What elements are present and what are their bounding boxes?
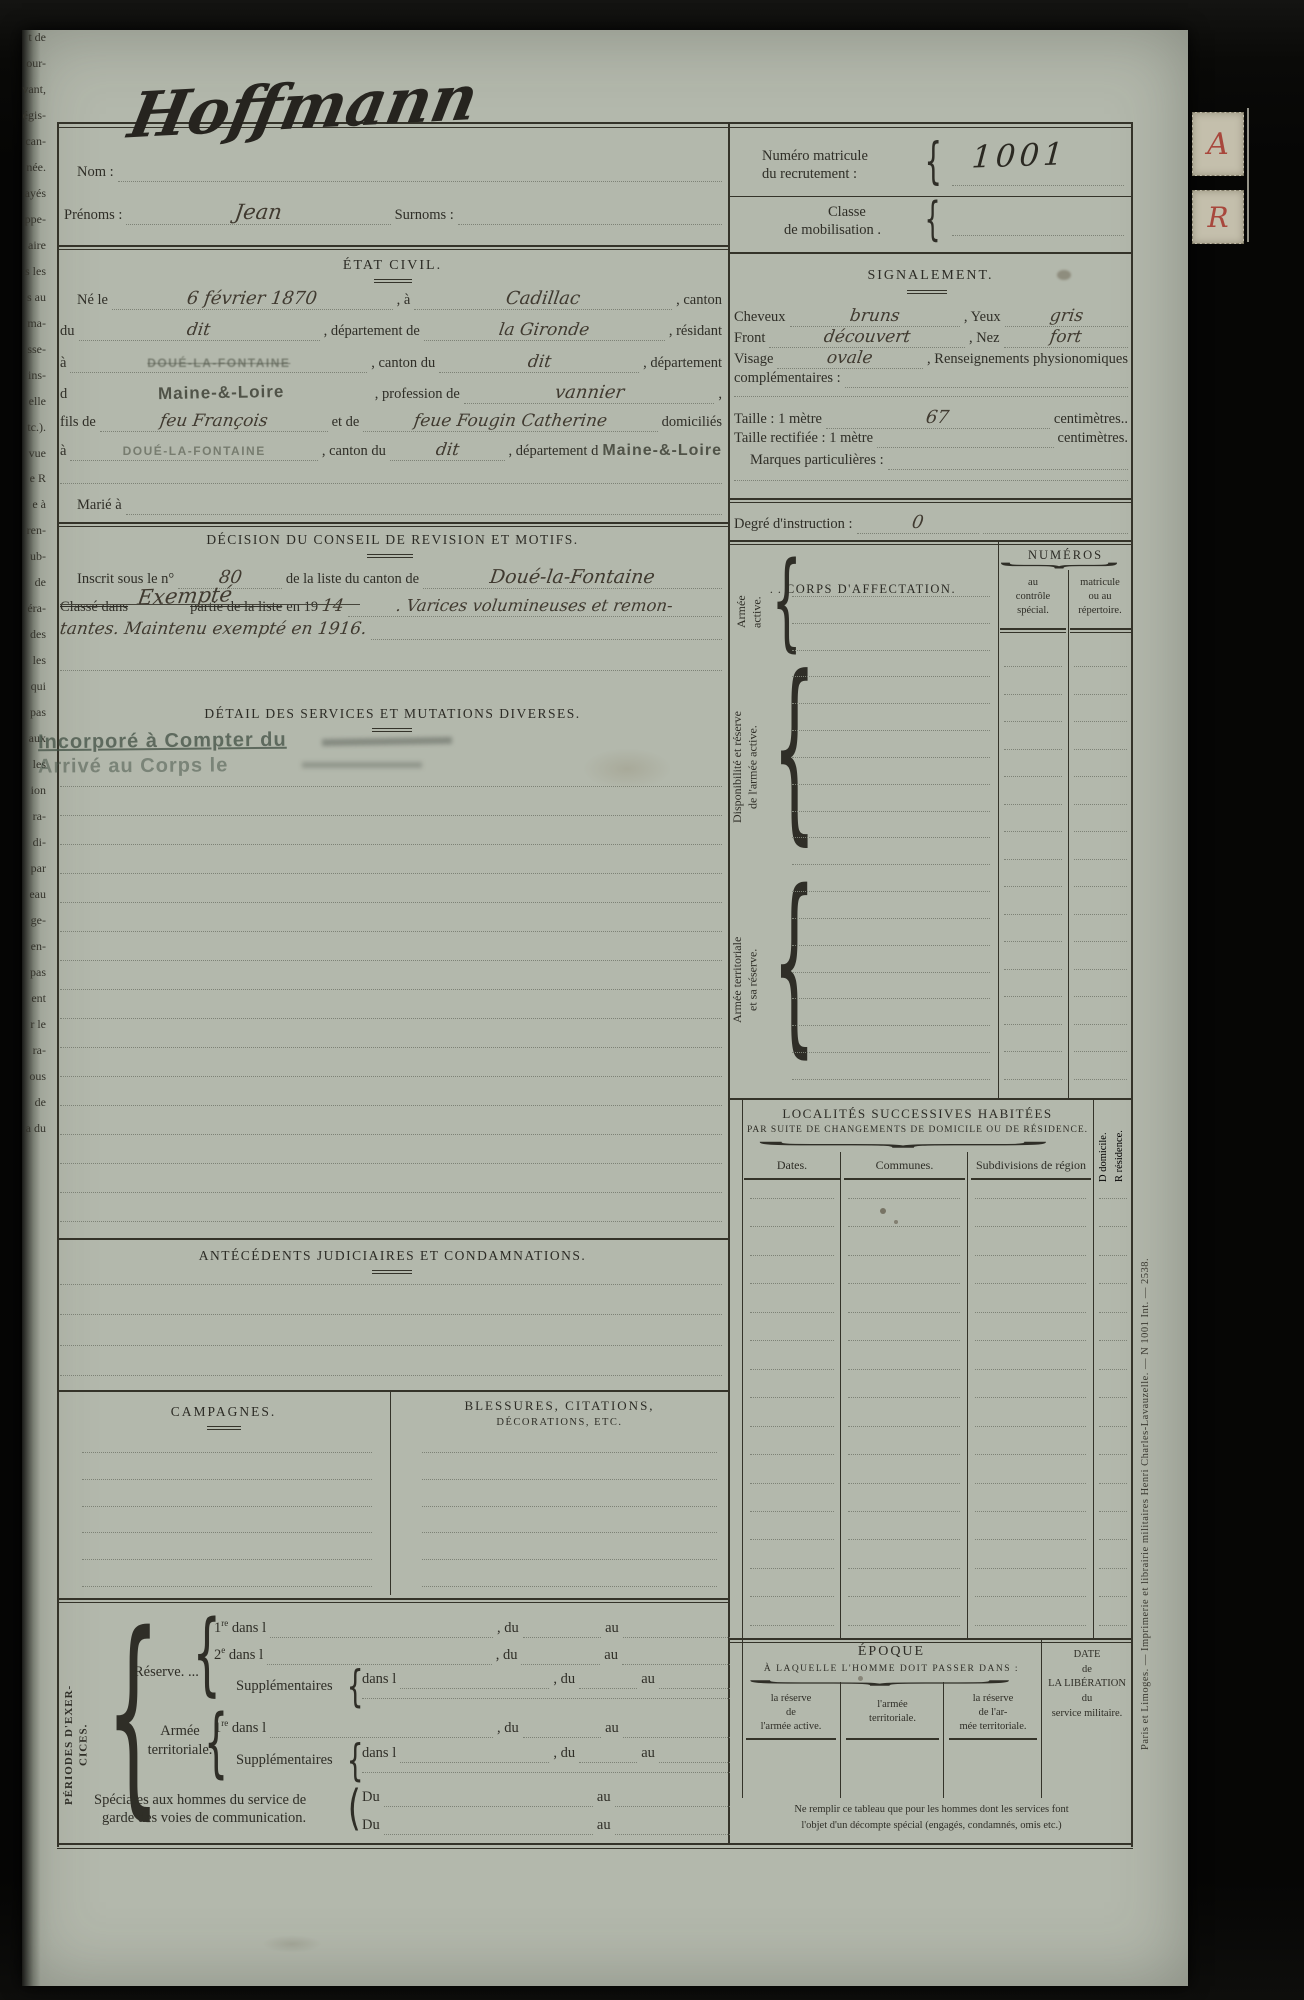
- nez-label: , Nez: [969, 330, 1000, 347]
- ruled-line: [1004, 941, 1062, 942]
- matricule-value: 1001: [971, 136, 1069, 175]
- ruled-line: [82, 1559, 372, 1560]
- marie-label: Marié à: [77, 497, 122, 514]
- taille-line: 67: [826, 407, 1050, 429]
- au-label: au: [605, 1620, 619, 1637]
- form-border-left: [57, 122, 59, 1847]
- ruled-line: [1004, 1051, 1062, 1052]
- etat-civil-title-dash: [374, 279, 412, 283]
- ruled-line: [60, 931, 722, 932]
- ruled-line: [792, 1079, 990, 1080]
- line: [400, 1670, 549, 1689]
- edge-fragment: ge-: [22, 913, 46, 928]
- ruled-line: [848, 1426, 960, 1427]
- prenoms-label: Prénoms :: [64, 207, 122, 224]
- garde-row-1: Du au: [362, 1788, 730, 1807]
- domicile-line: DOUÉ-LA-FONTAINE: [70, 442, 317, 461]
- ruled-line: [1099, 1312, 1127, 1313]
- matricule-label: Numéro matricule du recrutement :: [762, 147, 868, 183]
- ruled-line: [422, 1532, 717, 1533]
- ruled-line: [750, 1511, 834, 1512]
- speciales-label-2: garde des voies de communication.: [102, 1810, 306, 1827]
- ruled-line: [1074, 721, 1127, 722]
- ruled-line: [82, 1532, 372, 1533]
- communes-ruled-lines: [848, 1198, 960, 1626]
- campagnes-header: CAMPAGNES.: [57, 1404, 390, 1420]
- degre-rule-top-inner: [728, 502, 1133, 503]
- du-label: , du: [553, 1745, 575, 1762]
- matricule-ruled-lines: [1074, 666, 1127, 1080]
- groupe3-brace: {: [766, 880, 786, 1078]
- edge-fragment: les: [22, 653, 46, 668]
- ruled-line: [975, 1397, 1086, 1398]
- ruled-line: [792, 676, 990, 677]
- front-line: découvert: [769, 327, 965, 348]
- cm-label-2: centimètres.: [1058, 430, 1128, 447]
- motif-line-1: . Varices volumineuses et remon-: [348, 596, 722, 617]
- edge-fragment: de: [22, 1095, 46, 1110]
- du-label: , du: [497, 1720, 519, 1737]
- header-rule-left: [57, 245, 728, 247]
- edge-fragment: aire: [22, 238, 46, 253]
- line: [623, 1719, 730, 1738]
- edge-fragment: ous: [22, 1069, 46, 1084]
- stamp-smudge-2: [302, 762, 422, 768]
- ruled-line: [60, 786, 722, 787]
- ruled-line: [1074, 886, 1127, 887]
- ruled-line: [792, 623, 990, 624]
- corps-header: CORPS D'AFFECTATION.: [786, 582, 956, 596]
- du-label: , du: [497, 1620, 519, 1637]
- nom-label: Nom :: [77, 164, 114, 181]
- ruled-line: [750, 1397, 834, 1398]
- ruled-line: [1099, 1483, 1127, 1484]
- canton6-line: dit: [390, 440, 505, 461]
- printer-imprint: Paris et Limoges. — Imprimerie et librai…: [1140, 970, 1151, 1750]
- header-rule-left-inner: [57, 249, 728, 250]
- ruled-line: [792, 1052, 990, 1053]
- ruled-line: [750, 1596, 834, 1597]
- etat-blank-line: [60, 483, 722, 484]
- campagnes-header-dash: [207, 1426, 241, 1430]
- ruled-line: [1099, 1596, 1127, 1597]
- ruled-line: [82, 1506, 372, 1507]
- ruled-line: [792, 918, 990, 919]
- liste-label: de la liste du canton de: [286, 571, 419, 588]
- canton-label-3: , canton du: [371, 355, 435, 372]
- ruled-line: [848, 1483, 960, 1484]
- form-border-bottom: [57, 1843, 1133, 1845]
- matricule-col-header: matricule ou au répertoire.: [1070, 576, 1130, 619]
- ruled-line: [848, 1198, 960, 1199]
- du-cap-label: Du: [362, 1817, 380, 1834]
- ruled-line: [1004, 666, 1062, 667]
- territoriale-row-1: 1re dans l , du au: [214, 1718, 730, 1738]
- cm-label-1: centimètres..: [1054, 411, 1128, 428]
- antecedents-rule: [57, 1238, 728, 1240]
- marie-line: [126, 496, 722, 515]
- ruled-line: [792, 784, 990, 785]
- etat-row-2: du dit , département de la Gironde , rés…: [60, 320, 722, 341]
- ruled-line: [750, 1369, 834, 1370]
- epoque-note-line-2: l'objet d'un décompte spécial (engagés, …: [732, 1820, 1131, 1831]
- ruled-line: [422, 1452, 717, 1453]
- speciales-label-1: Spéciales aux hommes du service de: [94, 1792, 306, 1809]
- exempte-overwrite: Exempté: [136, 582, 234, 609]
- etat-row-4: d Maine-&-Loire , profession de vannier …: [60, 382, 722, 404]
- decision-title-dash: [367, 554, 413, 558]
- cheveux-label: Cheveux: [734, 309, 786, 326]
- localites-vline-1: [840, 1152, 841, 1638]
- degre-row: Degré d'instruction : 0: [734, 512, 1128, 534]
- blessures-header-1: BLESSURES, CITATIONS,: [391, 1398, 728, 1414]
- territoriale-1re-label: 1re dans l: [214, 1718, 266, 1737]
- residant-label: , résidant: [669, 323, 722, 340]
- taille-rect-row: Taille rectifiée : 1 mètre centimètres.: [734, 429, 1128, 448]
- edge-fragment: pas: [22, 965, 46, 980]
- blessures-header-2: DÉCORATIONS, ETC.: [391, 1417, 728, 1428]
- ruled-line: [1004, 831, 1062, 832]
- marques-line: [888, 451, 1128, 470]
- ruled-line: [848, 1539, 960, 1540]
- visage-label: Visage: [734, 351, 773, 368]
- ruled-line: [848, 1511, 960, 1512]
- edge-fragment: s les: [22, 264, 46, 279]
- edge-fragment: r le: [22, 1017, 46, 1032]
- ruled-line: [1004, 694, 1062, 695]
- ruled-line: [792, 650, 990, 651]
- ruled-line: [1074, 941, 1127, 942]
- signalement-blank-line: [734, 396, 1128, 397]
- complementaires-row: complémentaires :: [734, 369, 1128, 388]
- ruled-line: [1099, 1255, 1127, 1256]
- controle-ruled-lines: [1004, 666, 1062, 1080]
- services-title-dash: [372, 728, 412, 732]
- profession-line: vannier: [464, 382, 715, 404]
- classe-label-2: de mobilisation .: [784, 222, 881, 239]
- corner-slip-a: A: [1192, 112, 1244, 176]
- ne-le-label: Né le: [77, 292, 108, 309]
- canton6-value: dit: [434, 440, 460, 460]
- epoque-col3-rule: [949, 1738, 1037, 1740]
- epoque-brace: }: [752, 1678, 1032, 1688]
- etat-row-5: fils de feu François et de feue Fougin C…: [60, 411, 722, 432]
- departement-label-6: , département d: [509, 443, 599, 460]
- front-label: Front: [734, 330, 765, 347]
- ruled-line: [975, 1369, 1086, 1370]
- periodes-side-label: PÉRIODES D'EXER- CICES.: [62, 1650, 91, 1840]
- antecedents-ruled-lines: [60, 1284, 722, 1376]
- canton-ditto-line: dit: [79, 320, 320, 341]
- edge-fragment: di-: [22, 835, 46, 850]
- epoque-note-line-1: Ne remplir ce tableau que pour les homme…: [732, 1804, 1131, 1815]
- ruled-line: [60, 1314, 722, 1315]
- ruled-line: [750, 1483, 834, 1484]
- departement-label-2: , département de: [324, 323, 420, 340]
- ruled-line: [848, 1340, 960, 1341]
- antecedents-title: ANTÉCÉDENTS JUDICIAIRES ET CONDAMNATIONS…: [57, 1248, 728, 1264]
- groupe2-brace: {: [766, 666, 786, 866]
- ruled-line: [792, 891, 990, 892]
- register-sheet: t deour-vant,égis-can-née.ayésppe-aires …: [22, 30, 1188, 1986]
- ruled-line: [60, 815, 722, 816]
- ruled-line: [1099, 1511, 1127, 1512]
- suppl-row-2: dans l , du au: [362, 1744, 730, 1763]
- reserve-brace: {: [188, 1616, 206, 1708]
- departement4-line: Maine-&-Loire: [71, 383, 371, 403]
- ruled-line: [792, 757, 990, 758]
- ruled-line: [60, 1134, 722, 1135]
- edge-fragment: ayés: [22, 186, 46, 201]
- ruled-line: [750, 1454, 834, 1455]
- suppl-extra-line-2: [362, 1772, 730, 1773]
- motif-line-2: [371, 621, 722, 640]
- a-label-1: , à: [397, 292, 411, 309]
- header-rule-right: [728, 252, 1133, 254]
- surnoms-line: [458, 206, 722, 225]
- dates-col-header: Dates.: [744, 1158, 840, 1173]
- ruled-line: [60, 1018, 722, 1019]
- residence-side-label: R résidence.: [1114, 1108, 1125, 1182]
- matricule-line: [952, 185, 1124, 186]
- epoque-vline-2: [943, 1682, 944, 1798]
- edge-fragment: eau: [22, 887, 46, 902]
- ruled-line: [750, 1198, 834, 1199]
- strike-line: [60, 604, 360, 605]
- ruled-line: [792, 730, 990, 731]
- canton3-line: dit: [439, 352, 639, 373]
- front-row: Front découvert , Nez fort: [734, 327, 1128, 348]
- marie-row: Marié à: [77, 496, 722, 515]
- ruled-line: [1074, 969, 1127, 970]
- groupe-armee-active-label: Armée active.: [734, 558, 765, 666]
- scanned-military-register-photo: t deour-vant,égis-can-née.ayésppe-aires …: [0, 0, 1304, 2000]
- father-line: feu François: [100, 411, 328, 432]
- campagnes-ruled-lines: [82, 1452, 372, 1587]
- decision-rule-top: [57, 522, 728, 524]
- matricule-brace: {: [920, 140, 940, 192]
- d-label-4: d: [60, 386, 67, 403]
- ruled-line: [82, 1452, 372, 1453]
- ruled-line: [1074, 914, 1127, 915]
- edge-fragment: ins-: [22, 368, 46, 383]
- canton-liste-value: Doué-la-Fontaine: [489, 566, 657, 588]
- ruled-line: [1074, 859, 1127, 860]
- ruled-line: [792, 811, 990, 812]
- ruled-line: [848, 1454, 960, 1455]
- subdiv-header-rule: [971, 1178, 1091, 1180]
- numeros-brace: }: [1002, 561, 1128, 571]
- du-cap-label: Du: [362, 1789, 380, 1806]
- line: [523, 1719, 601, 1738]
- ruled-line: [975, 1312, 1086, 1313]
- localites-border-left: [742, 1098, 743, 1638]
- ruled-line: [1099, 1625, 1127, 1626]
- fils-de-label: fils de: [60, 414, 96, 431]
- ruled-line: [848, 1283, 960, 1284]
- ruled-line: [1074, 1024, 1127, 1025]
- taille-rect-label: Taille rectifiée : 1 mètre: [734, 430, 873, 447]
- localites-brace: }: [762, 1140, 1072, 1150]
- dans-l-label: dans l: [362, 1671, 396, 1688]
- ruled-line: [792, 864, 990, 865]
- line: [523, 1619, 601, 1638]
- services-title: DÉTAIL DES SERVICES ET MUTATIONS DIVERSE…: [57, 706, 728, 722]
- localites-title: LOCALITÉS SUCCESSIVES HABITÉES: [742, 1106, 1093, 1122]
- surnoms-label: Surnoms :: [395, 207, 454, 224]
- reserve-row-1: 1re dans l , du au: [214, 1618, 730, 1638]
- edge-fragment: elle: [22, 394, 46, 409]
- line: [400, 1744, 549, 1763]
- ruled-line: [975, 1198, 1086, 1199]
- profession-label: , profession de: [375, 386, 460, 403]
- ruled-line: [848, 1596, 960, 1597]
- reserve-row-2: 2e dans l , du au: [214, 1645, 730, 1665]
- etat-row-1: Né le 6 février 1870 , à Cadillac , cant…: [77, 288, 722, 310]
- front-value: découvert: [823, 327, 912, 347]
- ruled-line: [1074, 1051, 1127, 1052]
- edge-fragment: s au: [22, 290, 46, 305]
- ruled-line: [792, 998, 990, 999]
- ruled-line: [792, 837, 990, 838]
- degre-line-2: [983, 515, 1128, 534]
- epoque-col3-header: la réserve de l'ar- mée territoriale.: [947, 1692, 1039, 1735]
- birthdate-value: 6 février 1870: [186, 288, 319, 309]
- localites-rule-top: [728, 1098, 1133, 1100]
- ruled-line: [1004, 914, 1062, 915]
- domicilies-label: domiciliés: [662, 414, 722, 431]
- corps-vline-1: [998, 540, 999, 1098]
- taille-row: Taille : 1 mètre 67 centimètres..: [734, 407, 1128, 429]
- ruled-line: [848, 1226, 960, 1227]
- communes-header-rule: [844, 1178, 965, 1180]
- epoque-col1-rule: [746, 1738, 836, 1740]
- services-ruled-lines: [60, 786, 722, 1222]
- left-edge-text-fragments: t deour-vant,égis-can-née.ayésppe-aires …: [22, 30, 46, 1136]
- line: [270, 1719, 493, 1738]
- degre-line: 0: [857, 512, 979, 534]
- degre-rule-top: [728, 498, 1133, 500]
- groupe-territoriale-label: Armée territoriale et sa réserve.: [730, 882, 761, 1078]
- ruled-line: [975, 1539, 1086, 1540]
- ruled-line: [975, 1483, 1086, 1484]
- birthplace-value: Cadillac: [505, 288, 582, 309]
- canton-ditto-value: dit: [186, 320, 212, 340]
- supplementaires-label-2: Supplémentaires: [236, 1752, 333, 1769]
- line: [384, 1788, 593, 1807]
- ruled-line: [1099, 1369, 1127, 1370]
- ruled-line: [975, 1625, 1086, 1626]
- ruled-line: [1004, 776, 1062, 777]
- reserve-1re-label: 1re dans l: [214, 1618, 266, 1637]
- et-de-label: et de: [332, 414, 360, 431]
- prenoms-value: Jean: [233, 200, 283, 224]
- ruled-line: [1074, 1079, 1127, 1080]
- complementaires-label: complémentaires :: [734, 370, 841, 387]
- comma-4: ,: [718, 386, 722, 403]
- ruled-line: [1099, 1340, 1127, 1341]
- epoque-border-left: [742, 1638, 743, 1798]
- subdiv-col-header: Subdivisions de région: [969, 1158, 1093, 1173]
- antecedents-title-dash: [372, 1270, 412, 1274]
- ruled-line: [60, 989, 722, 990]
- marques-row: Marques particulières :: [750, 451, 1128, 470]
- ruled-line: [1099, 1568, 1127, 1569]
- edge-fragment: pas: [22, 705, 46, 720]
- ruled-line: [1074, 666, 1127, 667]
- epoque-title: ÉPOQUE: [742, 1644, 1041, 1660]
- garde-row-2: Du au: [362, 1816, 730, 1835]
- complementaires-line: [845, 369, 1128, 388]
- line: [384, 1816, 593, 1835]
- father-value: feu François: [158, 411, 268, 431]
- canton3-value: dit: [526, 352, 552, 372]
- visage-value: ovale: [826, 348, 874, 368]
- edge-fragment: par: [22, 861, 46, 876]
- mother-value: feue Fougin Catherine: [413, 411, 609, 431]
- epoque-col1-header: la réserve de l'armée active.: [744, 1692, 838, 1735]
- ruled-line: [750, 1340, 834, 1341]
- controle-col-header: au contrôle spécial.: [1000, 576, 1066, 619]
- epoque-subtitle: À LAQUELLE L'HOMME DOIT PASSER DANS :: [742, 1664, 1041, 1674]
- ruled-line: [975, 1340, 1086, 1341]
- edge-fragment: ent: [22, 991, 46, 1006]
- domicile-stamp: DOUÉ-LA-FONTAINE: [123, 444, 266, 458]
- classe-label-1: Classe: [828, 204, 866, 221]
- cheveux-line: bruns: [790, 306, 960, 327]
- ruled-line: [848, 1625, 960, 1626]
- epoque-rule-top: [728, 1638, 1133, 1640]
- edge-fragment: sse-: [22, 342, 46, 357]
- mother-line: feue Fougin Catherine: [363, 411, 657, 432]
- ruled-line: [1099, 1198, 1127, 1199]
- ruled-line: [1099, 1539, 1127, 1540]
- au-label: au: [605, 1720, 619, 1737]
- classe-strike: Classé dans: [60, 599, 128, 616]
- birthplace-line: Cadillac: [414, 288, 672, 310]
- blessures-ruled-lines: [422, 1452, 717, 1587]
- edge-fragment: ion: [22, 783, 46, 798]
- decision-title: DÉCISION DU CONSEIL DE REVISION ET MOTIF…: [57, 532, 728, 548]
- line: [267, 1646, 492, 1665]
- line: [659, 1670, 730, 1689]
- paper-stain: [262, 1935, 322, 1953]
- taille-label: Taille : 1 mètre: [734, 411, 822, 428]
- corner-letter-a: A: [1207, 127, 1229, 162]
- edge-fragment: e à: [22, 497, 46, 512]
- reserve-2e-label: 2e dans l: [214, 1645, 263, 1664]
- ruled-line: [60, 1221, 722, 1222]
- ruled-line: [848, 1397, 960, 1398]
- line: [615, 1816, 730, 1835]
- ruled-line: [848, 1369, 960, 1370]
- ruled-line: [848, 1568, 960, 1569]
- ruled-line: [750, 1539, 834, 1540]
- epoque-rule-top-inner: [728, 1642, 1133, 1643]
- decision-row-3: tantes. Maintenu exempté en 1916.: [60, 619, 722, 640]
- ruled-line: [60, 1163, 722, 1164]
- edge-fragment: qui: [22, 679, 46, 694]
- ruled-line: [1004, 1079, 1062, 1080]
- incorporation-stamp-line-2: Arrivé au Corps le: [38, 754, 228, 778]
- corps-vline-2: [1068, 570, 1069, 1098]
- speciales-paren: (: [346, 1788, 358, 1838]
- ruled-line: [60, 1105, 722, 1106]
- nez-line: fort: [1004, 327, 1128, 348]
- taille-rect-line: [877, 429, 1053, 448]
- profession-value: vannier: [553, 382, 625, 403]
- ruled-line: [848, 1312, 960, 1313]
